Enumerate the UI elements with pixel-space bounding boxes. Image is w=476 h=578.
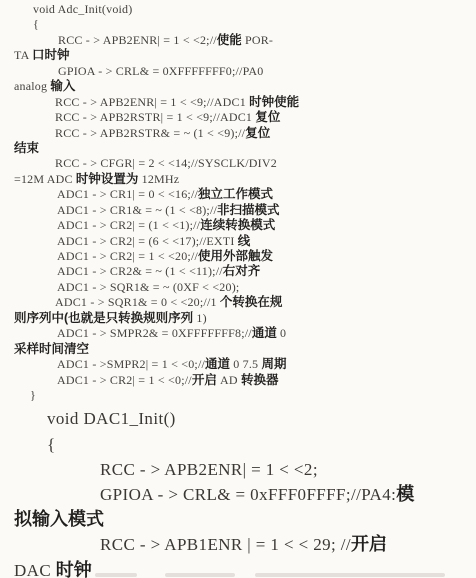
- code-line: analog 输入: [0, 79, 476, 94]
- code-line: ADC1 - > CR1& = ~ (1 < <8);//非扫描模式: [0, 203, 476, 218]
- comment-text: 输入: [50, 79, 75, 93]
- comment-text: 使能: [217, 33, 242, 47]
- code-text: ADC1 - > SQR1& = 0 < <20;//1: [55, 295, 220, 309]
- comment-text: 开启: [351, 534, 387, 554]
- document-page: void Adc_Init(void){RCC - > APB2ENR| = 1…: [0, 0, 476, 578]
- clipped-text-fragment: [165, 573, 235, 577]
- code-text: {: [47, 435, 56, 454]
- clipped-text-fragment: [95, 573, 137, 577]
- code-text: ADC1 - > SQR1& = ~ (0XF < <20);: [57, 280, 239, 294]
- comment-text: 时钟使能: [249, 95, 299, 109]
- comment-text: 使用外部触发: [198, 249, 273, 263]
- code-section-large: void DAC1_Init(){RCC - > APB2ENR| = 1 < …: [0, 406, 476, 578]
- code-text: }: [30, 388, 36, 402]
- code-line: RCC - > APB2ENR| = 1 < <2;: [0, 457, 476, 482]
- code-text: ADC1 - >SMPR2| = 1 < <0;//: [57, 357, 205, 371]
- code-line: RCC - > APB2RSTR| = 1 < <9;//ADC1 复位: [0, 110, 476, 125]
- code-text: 1): [193, 311, 207, 325]
- comment-text: 非扫描模式: [217, 203, 280, 217]
- code-line: void Adc_Init(void): [0, 2, 476, 17]
- code-line: ADC1 - > SQR1& = 0 < <20;//1 个转换在规: [0, 295, 476, 310]
- comment-text: 线: [238, 234, 251, 248]
- comment-text: 采样时间清空: [14, 342, 89, 356]
- code-line: RCC - > APB1ENR | = 1 < < 29; //开启: [0, 532, 476, 557]
- clipped-next-line: [0, 571, 476, 578]
- comment-text: 复位: [245, 126, 270, 140]
- code-line: GPIOA - > CRL& = 0XFFFFFFF0;//PA0: [0, 64, 476, 79]
- comment-text: 时钟设置为: [76, 172, 139, 186]
- code-text: AD: [217, 373, 241, 387]
- code-text: ADC1 - > CR2| = (6 < <17);//EXTI: [57, 234, 238, 248]
- code-text: 0 7.5: [230, 357, 261, 371]
- comment-text: 独立工作模式: [198, 187, 273, 201]
- code-text: {: [33, 17, 39, 31]
- code-line: ADC1 - > CR2| = (1 < <1);//连续转换模式: [0, 218, 476, 233]
- code-text: void Adc_Init(void): [33, 2, 132, 16]
- comment-text: 开启: [192, 373, 217, 387]
- comment-text: 个转换在规: [220, 295, 283, 309]
- comment-text: 复位: [255, 110, 280, 124]
- code-text: ADC1 - > CR2| = 1 < <20;//: [57, 249, 198, 263]
- code-text: analog: [14, 79, 50, 93]
- code-text: ADC1 - > CR1& = ~ (1 < <8);//: [57, 203, 217, 217]
- code-text: RCC - > APB2ENR| = 1 < <9;//ADC1: [55, 95, 249, 109]
- code-text: POR-: [242, 33, 273, 47]
- code-line: ADC1 - > CR1| = 0 < <16;//独立工作模式: [0, 187, 476, 202]
- code-text: GPIOA - > CRL& = 0XFFFFFFF0;//PA0: [58, 64, 263, 78]
- code-text: RCC - > APB2RSTR| = 1 < <9;//ADC1: [55, 110, 255, 124]
- comment-text: 拟输入模式: [14, 509, 104, 529]
- code-line: RCC - > CFGR| = 2 < <14;//SYSCLK/DIV2: [0, 156, 476, 171]
- code-text: ADC1 - > CR2| = 1 < <0;//: [57, 373, 192, 387]
- code-line: }: [0, 388, 476, 403]
- code-line: ADC1 - > CR2& = ~ (1 < <11);//右对齐: [0, 264, 476, 279]
- code-line: ADC1 - > CR2| = 1 < <0;//开启 AD 转换器: [0, 373, 476, 388]
- code-line: =12M ADC 时钟设置为 12MHz: [0, 172, 476, 187]
- code-text: RCC - > APB1ENR | = 1 < < 29; //: [100, 535, 351, 554]
- comment-text: 则序列中(也就是只转换规则序列: [14, 311, 193, 325]
- code-section-small: void Adc_Init(void){RCC - > APB2ENR| = 1…: [0, 2, 476, 403]
- code-line: 采样时间清空: [0, 342, 476, 357]
- code-text: ADC1 - > CR2& = ~ (1 < <11);//: [57, 264, 223, 278]
- code-text: RCC - > APB2ENR| = 1 < <2;//: [58, 33, 217, 47]
- code-line: 则序列中(也就是只转换规则序列 1): [0, 311, 476, 326]
- code-text: GPIOA - > CRL& = 0xFFF0FFFF;//PA4:: [100, 485, 396, 504]
- code-line: GPIOA - > CRL& = 0xFFF0FFFF;//PA4:模: [0, 482, 476, 507]
- code-line: {: [0, 432, 476, 457]
- code-line: ADC1 - > SQR1& = ~ (0XF < <20);: [0, 280, 476, 295]
- code-text: RCC - > APB2ENR| = 1 < <2;: [100, 460, 318, 479]
- code-text: =12M ADC: [14, 172, 76, 186]
- code-line: RCC - > APB2ENR| = 1 < <9;//ADC1 时钟使能: [0, 95, 476, 110]
- code-line: RCC - > APB2RSTR& = ~ (1 < <9);//复位: [0, 126, 476, 141]
- comment-text: 口时钟: [32, 48, 70, 62]
- comment-text: 转换器: [241, 373, 279, 387]
- code-text: RCC - > APB2RSTR& = ~ (1 < <9);//: [55, 126, 245, 140]
- code-line: RCC - > APB2ENR| = 1 < <2;//使能 POR-: [0, 33, 476, 48]
- comment-text: 周期: [261, 357, 286, 371]
- code-line: ADC1 - >SMPR2| = 1 < <0;//通道 0 7.5 周期: [0, 357, 476, 372]
- code-line: {: [0, 17, 476, 32]
- code-line: ADC1 - > SMPR2& = 0XFFFFFFF8;//通道 0: [0, 326, 476, 341]
- comment-text: 连续转换模式: [200, 218, 275, 232]
- code-text: TA: [14, 48, 32, 62]
- code-text: ADC1 - > CR2| = (1 < <1);//: [57, 218, 200, 232]
- code-line: ADC1 - > CR2| = 1 < <20;//使用外部触发: [0, 249, 476, 264]
- code-text: RCC - > CFGR| = 2 < <14;//SYSCLK/DIV2: [55, 156, 277, 170]
- code-text: 0: [277, 326, 286, 340]
- comment-text: 通道: [205, 357, 230, 371]
- code-line: 拟输入模式: [0, 507, 476, 532]
- code-text: ADC1 - > SMPR2& = 0XFFFFFFF8;//: [57, 326, 252, 340]
- comment-text: 右对齐: [223, 264, 261, 278]
- code-text: ADC1 - > CR1| = 0 < <16;//: [57, 187, 198, 201]
- comment-text: 结束: [14, 141, 39, 155]
- code-text: void DAC1_Init(): [47, 409, 176, 428]
- code-line: TA 口时钟: [0, 48, 476, 63]
- code-text: 12MHz: [138, 172, 179, 186]
- code-line: ADC1 - > CR2| = (6 < <17);//EXTI 线: [0, 234, 476, 249]
- comment-text: 模: [396, 484, 414, 504]
- clipped-text-fragment: [255, 573, 445, 577]
- code-line: 结束: [0, 141, 476, 156]
- comment-text: 通道: [252, 326, 277, 340]
- code-listing: void Adc_Init(void){RCC - > APB2ENR| = 1…: [0, 2, 476, 578]
- code-line: void DAC1_Init(): [0, 406, 476, 431]
